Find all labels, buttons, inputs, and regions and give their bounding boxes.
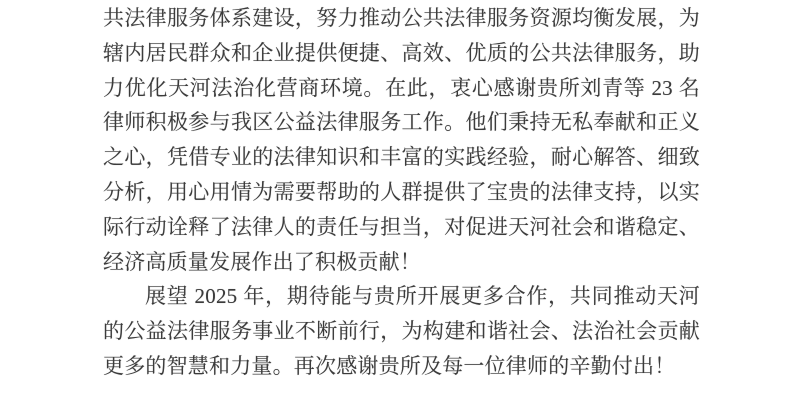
text-line-p1-l1: 共法律服务体系建设，努力推动公共法律服务资源均衡发展，为 — [103, 1, 700, 36]
text-line-p1-l3: 力优化天河法治化营商环境。在此，衷心感谢贵所刘青等 23 名 — [103, 71, 700, 106]
text-line-p1-l2: 辖内居民群众和企业提供便捷、高效、优质的公共法律服务，助 — [103, 36, 700, 71]
text-line-p1-l4: 律师积极参与我区公益法律服务工作。他们秉持无私奉献和正义 — [103, 105, 700, 140]
text-line-p1-l8: 经济高质量发展作出了积极贡献！ — [103, 245, 700, 280]
letter-body-text: 共法律服务体系建设，努力推动公共法律服务资源均衡发展，为辖内居民群众和企业提供便… — [103, 1, 700, 384]
text-line-p1-l7: 际行动诠释了法律人的责任与担当，对促进天河社会和谐稳定、 — [103, 210, 700, 245]
text-line-p2-l1: 展望 2025 年，期待能与贵所开展更多合作，共同推动天河 — [103, 279, 700, 314]
document-page: 共法律服务体系建设，努力推动公共法律服务资源均衡发展，为辖内居民群众和企业提供便… — [0, 0, 800, 400]
text-line-p2-l2: 的公益法律服务事业不断前行，为构建和谐社会、法治社会贡献 — [103, 314, 700, 349]
text-line-p2-l3: 更多的智慧和力量。再次感谢贵所及每一位律师的辛勤付出！ — [103, 349, 700, 384]
text-line-p1-l5: 之心，凭借专业的法律知识和丰富的实践经验，耐心解答、细致 — [103, 140, 700, 175]
text-line-p1-l6: 分析，用心用情为需要帮助的人群提供了宝贵的法律支持，以实 — [103, 175, 700, 210]
